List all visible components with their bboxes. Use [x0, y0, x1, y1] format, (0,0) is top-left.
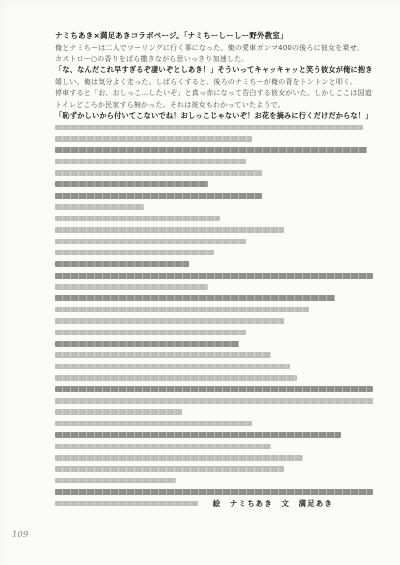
text-line-content: 嬉しい。俺は気分よく走った。しばらくすると、後ろのナミちーが俺の背をトントンと叩… — [55, 77, 357, 87]
text-line: 絵 ナミちあき 文 満足あき — [55, 498, 373, 509]
redacted-text-bar — [55, 398, 373, 404]
text-line — [55, 281, 373, 292]
redacted-text-bar — [55, 352, 271, 358]
text-line — [55, 213, 373, 224]
text-block: ナミちあき×満足あきコラボページ。「ナミちーしーしー野外教室」 俺とナミちーは二… — [55, 30, 373, 509]
redacted-text-bar — [55, 307, 309, 313]
text-line — [55, 486, 373, 497]
redacted-text-bar — [55, 204, 144, 210]
redacted-text-bar — [55, 455, 303, 461]
text-line — [55, 236, 373, 247]
text-line-content: 停車すると「お、おしっこ…したいぞ」と真っ赤になって告白する彼女がいた。しかしこ… — [55, 88, 373, 98]
text-line — [55, 338, 373, 349]
redacted-text-bar — [55, 273, 373, 279]
text-line — [55, 395, 373, 406]
text-line — [55, 258, 373, 269]
redacted-text-bar — [55, 489, 373, 495]
redacted-text-bar — [55, 432, 341, 438]
text-line — [55, 372, 373, 383]
redacted-text-bar — [55, 261, 189, 267]
redacted-text-bar — [55, 250, 214, 256]
text-line — [55, 167, 373, 178]
redacted-text-bar — [55, 170, 262, 176]
redacted-text-bar — [55, 147, 367, 153]
text-line — [55, 441, 373, 452]
redacted-text-bar — [55, 364, 290, 370]
text-line — [55, 361, 373, 372]
text-line: 停車すると「お、おしっこ…したいぞ」と真っ赤になって告白する彼女がいた。しかしこ… — [55, 88, 373, 99]
redacted-text-bar — [55, 501, 198, 507]
redacted-text-bar — [55, 181, 208, 187]
text-line-content: トイレどころか民家すら無かった。それは彼女もわかっていたようで。 — [55, 100, 285, 110]
text-line — [55, 463, 373, 474]
redacted-text-bar — [55, 136, 252, 142]
text-line: 嬉しい。俺は気分よく走った。しばらくすると、後ろのナミちーが俺の背をトントンと叩… — [55, 76, 373, 87]
redacted-text-bar — [55, 239, 246, 245]
redacted-text-bar — [55, 466, 284, 472]
body-text: 俺とナミちーは二人でツーリングに行く事になった。俺の愛車ガンマ400の後ろに彼女… — [55, 42, 373, 509]
text-line — [55, 156, 373, 167]
text-line — [55, 475, 373, 486]
page-number: 109 — [12, 530, 28, 540]
text-line — [55, 429, 373, 440]
text-line-content: 「恥ずかしいから付いてこないでね！おしっこじゃないぞ！お花を摘みに行くだけだから… — [55, 111, 373, 121]
redacted-text-bar — [55, 227, 284, 233]
redacted-text-bar — [55, 193, 262, 199]
text-line — [55, 201, 373, 212]
text-line — [55, 384, 373, 395]
text-line — [55, 247, 373, 258]
text-line: 「な、なんだこれ早すぎるぞ凄いぞとしあき！」そういってキャッキャッと笑う彼女が俺… — [55, 65, 373, 76]
text-line-content: カストロー○の香りをばら撒きながら思いっきり加速した。 — [55, 54, 249, 64]
text-line: 俺とナミちーは二人でツーリングに行く事になった。俺の愛車ガンマ400の後ろに彼女… — [55, 42, 373, 53]
text-line — [55, 179, 373, 190]
page-title: ナミちあき×満足あきコラボページ。「ナミちーしーしー野外教室」 — [55, 30, 373, 42]
redacted-text-bar — [55, 295, 335, 301]
redacted-text-bar — [55, 409, 182, 415]
text-line — [55, 270, 373, 281]
text-line — [55, 350, 373, 361]
credits: 絵 ナミちあき 文 満足あき — [213, 498, 333, 509]
text-line — [55, 327, 373, 338]
redacted-text-bar — [55, 444, 271, 450]
redacted-text-bar — [55, 284, 208, 290]
redacted-text-bar — [55, 159, 246, 165]
text-line — [55, 315, 373, 326]
redacted-text-bar — [55, 341, 239, 347]
text-line-content: 「な、なんだこれ早すぎるぞ凄いぞとしあき！」そういってキャッキャッと笑う彼女が俺… — [55, 65, 373, 75]
redacted-text-bar — [55, 330, 246, 336]
text-line: カストロー○の香りをばら撒きながら思いっきり加速した。 — [55, 53, 373, 64]
text-line — [55, 418, 373, 429]
text-line — [55, 452, 373, 463]
redacted-text-bar — [55, 125, 363, 131]
text-line: トイレどころか民家すら無かった。それは彼女もわかっていたようで。 — [55, 99, 373, 110]
redacted-text-bar — [55, 478, 176, 484]
text-line — [55, 122, 373, 133]
text-line — [55, 407, 373, 418]
text-line: 「恥ずかしいから付いてこないでね！おしっこじゃないぞ！お花を摘みに行くだけだから… — [55, 110, 373, 121]
text-line — [55, 224, 373, 235]
scanned-page: ナミちあき×満足あきコラボページ。「ナミちーしーしー野外教室」 俺とナミちーは二… — [0, 0, 400, 565]
text-line — [55, 133, 373, 144]
text-line — [55, 304, 373, 315]
text-line — [55, 145, 373, 156]
redacted-text-bar — [55, 375, 297, 381]
redacted-text-bar — [55, 216, 220, 222]
text-line — [55, 190, 373, 201]
redacted-text-bar — [55, 318, 284, 324]
redacted-text-bar — [55, 386, 373, 392]
text-line-content: 俺とナミちーは二人でツーリングに行く事になった。俺の愛車ガンマ400の後ろに彼女… — [55, 43, 364, 53]
redacted-text-bar — [55, 421, 252, 427]
text-line — [55, 293, 373, 304]
